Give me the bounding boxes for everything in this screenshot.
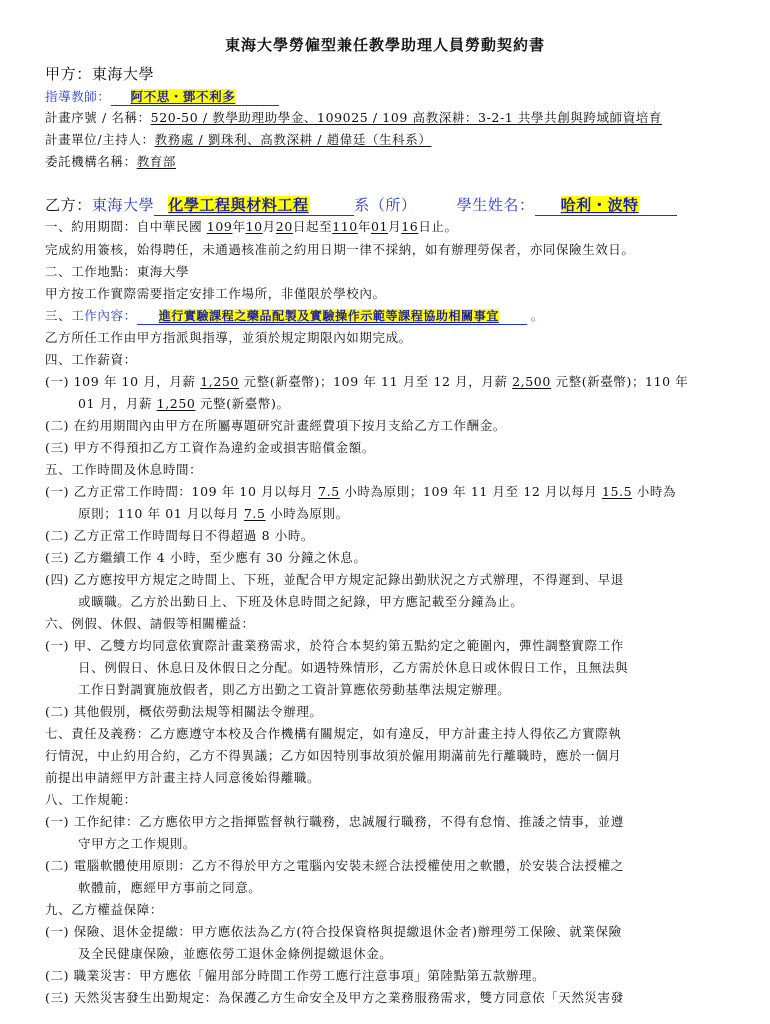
salary-jan: 1,250 [157, 396, 196, 411]
work-content-label: 工作內容： [71, 308, 137, 323]
text: 小時為 [632, 484, 676, 499]
text: (一) 109 年 10 月，月薪 [45, 374, 200, 389]
section-5-item-1-cont: 原則；110 年 01 月以每月 7.5 小時為原則。 [78, 506, 349, 522]
section-7: 七、責任及義務：乙方應遵守本校及合作機構有關規定，如有違反，甲方計畫主持人得依乙… [45, 726, 621, 742]
project-no-line: 計畫序號 / 名稱：520-50 / 教學助理助學金、109025 / 109 … [45, 110, 662, 126]
agency-line: 委託機構名稱：教育部 [45, 154, 176, 170]
start-month: 10 [246, 219, 263, 234]
salary-nov-dec: 2,500 [512, 374, 551, 389]
section-8-item-1: (一) 工作紀律：乙方應依甲方之指揮監督執行職務，忠誠履行職務，不得有怠惰、推諉… [45, 814, 624, 830]
student-name: 哈利・波特 [561, 196, 639, 214]
year-label: 年 [358, 219, 371, 234]
section-4-item-3: (三) 甲方不得預扣乙方工資作為違約金或損害賠償金額。 [45, 440, 375, 456]
section-6-item-2: (二) 其他假別，概依勞動法規等相關法令辦理。 [45, 704, 323, 720]
text: 01 月，月薪 [78, 396, 157, 411]
section-5-item-2: (二) 乙方正常工作時間每日不得超過 8 小時。 [45, 528, 314, 544]
text: 原則；110 年 01 月以每月 [78, 506, 244, 521]
department-value: 化學工程與材料工程 [168, 196, 308, 214]
contract-page: 東海大學勞僱型兼任教學助理人員勞動契約書 甲方：東海大學 指導教師：阿不思・鄧不… [0, 0, 770, 1024]
section-6-item-1-cont: 日、例假日、休息日及休假日之分配。如遇特殊情形，乙方需於休息日或休假日工作，且無… [78, 660, 628, 676]
salary-oct: 1,250 [200, 374, 239, 389]
party-a-value: 東海大學 [92, 65, 154, 83]
section-6-title: 六、例假、休假、請假等相關權益： [45, 616, 255, 632]
agency-label: 委託機構名稱： [45, 154, 137, 169]
section-4-item-1: (一) 109 年 10 月，月薪 1,250 元整(新臺幣)；109 年 11… [45, 374, 688, 390]
text: 元整(新臺幣)；109 年 11 月至 12 月，月薪 [239, 374, 512, 389]
start-day: 20 [276, 219, 293, 234]
section-9-item-1-cont: 及全民健康保險，並應依勞工退休金條例提繳退休金。 [78, 946, 392, 962]
section-6-item-1-cont2: 工作日對調實施放假者，則乙方出勤之工資計算應依勞動基準法規定辦理。 [78, 682, 510, 698]
section-9-item-3: (三) 天然災害發生出勤規定：為保護乙方生命安全及甲方之業務服務需求，雙方同意依… [45, 990, 624, 1006]
hours-jan: 7.5 [244, 506, 266, 521]
advisor-label: 指導教師： [45, 89, 111, 104]
work-content-field[interactable]: 進行實驗課程之藥品配製及實驗操作示範等課程協助相關事宜 [137, 308, 527, 325]
department-field[interactable]: 化學工程與材料工程 [154, 196, 354, 216]
advisor-field[interactable]: 阿不思・鄧不利多 [111, 89, 279, 106]
section-8-item-2: (二) 電腦軟體使用原則：乙方不得於甲方之電腦內安裝未經合法授權使用之軟體，於安… [45, 858, 624, 874]
section-9-title: 九、乙方權益保障： [45, 902, 163, 918]
end-day: 16 [401, 219, 418, 234]
section-1-period: 一、約用期間：自中華民國 109年10月20日起至110年01月16日止。 [45, 219, 458, 235]
project-unit-value: 教務處 / 劉珠利、高教深耕 / 趙偉廷（生科系） [155, 132, 432, 147]
section-7-cont2: 前提出申請經甲方計畫主持人同意後始得離職。 [45, 770, 320, 786]
month-label: 月 [263, 219, 276, 234]
section-5-item-3: (三) 乙方繼續工作 4 小時，至少應有 30 分鐘之休息。 [45, 550, 366, 566]
section-3-end: 。 [531, 308, 544, 323]
section-1-note: 完成約用簽核，始得聘任，未通過核准前之約用日期一律不採納，如有辦理勞保者，亦同保… [45, 242, 635, 258]
start-year: 109 [207, 219, 233, 234]
project-unit-label: 計畫單位/主持人： [45, 132, 155, 147]
end-month: 01 [371, 219, 388, 234]
party-a-label: 甲方： [45, 65, 92, 83]
dept-suffix: 系（所） [354, 196, 416, 214]
section-3-prefix: 三、 [45, 308, 71, 323]
document-title: 東海大學勞僱型兼任教學助理人員勞動契約書 [0, 34, 770, 55]
student-label: 學生姓名： [457, 196, 535, 214]
year-label: 年 [232, 219, 245, 234]
section-5-item-4: (四) 乙方應按甲方規定之時間上、下班，並配合甲方規定記錄出勤狀況之方式辦理，不… [45, 572, 624, 588]
text: 元整(新臺幣)。 [195, 396, 289, 411]
project-no-label: 計畫序號 / 名稱： [45, 110, 151, 125]
text: 元整(新臺幣)；110 年 [551, 374, 688, 389]
section-9-item-2: (二) 職業災害：甲方應依「僱用部分時間工作勞工應行注意事項」第陸點第五款辦理。 [45, 968, 545, 984]
party-a-line: 甲方：東海大學 [45, 65, 154, 84]
section-9-item-1: (一) 保險、退休金提繳：甲方應依法為乙方(符合投保資格與提繳退休金者)辦理勞工… [45, 924, 622, 940]
agency-value: 教育部 [137, 154, 176, 169]
month-label: 月 [388, 219, 401, 234]
section-8-item-2-cont: 軟體前，應經甲方事前之同意。 [78, 880, 261, 896]
advisor-name: 阿不思・鄧不利多 [131, 89, 236, 104]
text: (一) 乙方正常工作時間：109 年 10 月以每月 [45, 484, 318, 499]
section-5-item-1: (一) 乙方正常工作時間：109 年 10 月以每月 7.5 小時為原則；109… [45, 484, 676, 500]
project-unit-line: 計畫單位/主持人：教務處 / 劉珠利、高教深耕 / 趙偉廷（生科系） [45, 132, 431, 148]
hours-nov-dec: 15.5 [602, 484, 632, 499]
section-4-item-1-cont: 01 月，月薪 1,250 元整(新臺幣)。 [78, 396, 290, 412]
student-name-field[interactable]: 哈利・波特 [535, 196, 677, 216]
from-label: 日起至 [293, 219, 332, 234]
party-b-school: 東海大學 [92, 196, 154, 214]
project-no-value: 520-50 / 教學助理助學金、109025 / 109 高教深耕：3-2-1… [151, 110, 662, 125]
work-content-value: 進行實驗課程之藥品配製及實驗操作示範等課程協助相關事宜 [159, 309, 499, 323]
section-5-item-4-cont: 或曠職。乙方於出勤日上、下班及休息時間之紀錄，甲方應記載至分鐘為止。 [78, 594, 523, 610]
section-4-title: 四、工作薪資： [45, 352, 137, 368]
section-3-line: 三、工作內容：進行實驗課程之藥品配製及實驗操作示範等課程協助相關事宜。 [45, 308, 544, 325]
party-b-line: 乙方：東海大學化學工程與材料工程系（所）學生姓名：哈利・波特 [45, 196, 677, 216]
section-5-title: 五、工作時間及休息時間： [45, 462, 202, 478]
text: 小時為原則。 [266, 506, 349, 521]
section-2-note: 甲方按工作實際需要指定安排工作場所，非僅限於學校內。 [45, 286, 386, 302]
section-2-title: 二、工作地點：東海大學 [45, 264, 189, 280]
section-7-cont: 行情況，中止約用合約，乙方不得異議；乙方如因特別事故須於僱用期滿前先行離職時，應… [45, 748, 621, 764]
end-label: 日止。 [418, 219, 457, 234]
hours-oct: 7.5 [318, 484, 340, 499]
section-8-item-1-cont: 守甲方之工作規則。 [78, 836, 196, 852]
period-prefix: 一、約用期間：自中華民國 [45, 219, 202, 234]
end-year: 110 [332, 219, 358, 234]
text: 小時為原則；109 年 11 月至 12 月以每月 [340, 484, 602, 499]
section-8-title: 八、工作規範： [45, 792, 137, 808]
advisor-line: 指導教師：阿不思・鄧不利多 [45, 89, 279, 106]
section-4-item-2: (二) 在約用期間內由甲方在所屬專題研究計畫經費項下按月支給乙方工作酬金。 [45, 418, 506, 434]
section-3-note: 乙方所任工作由甲方指派與指導，並須於規定期限內如期完成。 [45, 330, 412, 346]
party-b-label: 乙方： [45, 196, 92, 214]
section-6-item-1: (一) 甲、乙雙方均同意依實際計畫業務需求，於符合本契約第五點約定之範圍內，彈性… [45, 638, 624, 654]
